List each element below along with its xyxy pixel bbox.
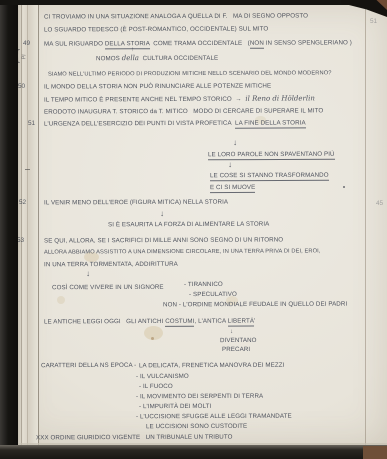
note-line-20: - SPECULATIVO xyxy=(189,291,237,298)
note-text: LE ANTICHE LEGGI OGGI GLI ANTICHI xyxy=(44,318,165,326)
note-line-06: IL MONDO DELLA STORIA NON PUÒ RINUNCIARE… xyxy=(44,83,271,91)
note-line-07: IL TEMPO MITICO È PRESENTE ANCHE NEL TEM… xyxy=(44,95,315,103)
edge-mark: 45 xyxy=(376,200,383,207)
note-line-21: NON - L'ORDINE MONDIALE FEUDALE IN QUELL… xyxy=(163,301,347,309)
note-text: IN SENSO SPENGLERIANO ) xyxy=(264,39,352,46)
ink-dot xyxy=(343,186,345,188)
margin-number-51: 51 xyxy=(28,120,35,127)
margin-tick xyxy=(25,169,30,170)
note-line-13: IL VENIR MENO DELL'EROE (FIGURA MITICA) … xyxy=(44,199,228,207)
note-line-29: - IL MOVIMENTO DEI SERPENTI DI TERRA xyxy=(136,393,263,401)
note-line-04: NOMOS della CULTURA OCCIDENTALE xyxy=(96,55,218,63)
arrow-down-icon: ↓ xyxy=(228,161,232,169)
note-line-22: LE ANTICHE LEGGI OGGI GLI ANTICHI COSTUM… xyxy=(44,318,255,326)
note-text: L'URGENZA DELL'ESERCIZIO DEI PUNTI DI VI… xyxy=(44,120,235,128)
right-margin-rule xyxy=(365,5,366,445)
notebook-photo: { Pl 51 45 49 50 51 52 53 CI TROVIAMO IN… xyxy=(0,0,387,459)
note-line-17: IN UNA TERRA TORMENTATA, ADDIRITTURA xyxy=(44,261,178,269)
photo-edge-bottom xyxy=(0,445,387,459)
note-line-18: COSÌ COME VIVERE IN UN SIGNORE xyxy=(52,284,164,291)
note-text-cursive: della xyxy=(122,54,139,62)
note-line-33: XXX ORDINE GIURIDICO VIGENTE UN TRIBUNAL… xyxy=(36,434,233,442)
photo-edge-left xyxy=(0,0,18,459)
note-line-15: SE QUI, ALLORA, SE I SACRIFICI DI MILLE … xyxy=(44,236,283,244)
margin-number-52: 52 xyxy=(19,199,26,206)
arrow-down-icon: ↓ xyxy=(160,210,164,218)
note-line-30: - L'IMPURITÀ DEI MOLTI xyxy=(139,403,211,410)
note-text-cursive: il Reno di Hölderlin xyxy=(245,94,315,102)
note-line-26: LA DELICATA, FRENETICA MANOVRA DEI MEZZI xyxy=(139,362,284,370)
note-line-23: DIVENTANO xyxy=(220,337,257,344)
note-line-11: LE COSE SI STANNO TRASFORMANDO xyxy=(210,172,329,181)
note-line-24: PRECARI xyxy=(222,346,250,353)
binding-crease-line xyxy=(27,5,28,445)
note-line-25: CARATTERI DELLA NS EPOCA - xyxy=(41,362,136,369)
margin-number-53: 53 xyxy=(17,237,24,244)
note-line-01: CI TROVIAMO IN UNA SITUAZIONE ANALOGA A … xyxy=(44,12,308,20)
note-line-27: - IL VULCANISMO xyxy=(136,373,189,380)
note-line-12: E CI SI MUOVE xyxy=(210,184,255,193)
note-text: ' xyxy=(254,318,255,325)
note-line-05: SIAMO NELL'ULTIMO PERIODO DI PRODUZIONI … xyxy=(48,70,332,78)
margin-bracket-label: Pl xyxy=(21,54,27,59)
arrow-down-icon: ↓ xyxy=(230,329,233,335)
underlined-text: DELLA STORIA xyxy=(105,40,150,49)
arrow-up-icon: ↑ xyxy=(131,47,134,53)
margin-number-50: 50 xyxy=(18,83,25,90)
edge-page-number: 51 xyxy=(370,18,377,25)
note-line-09: L'URGENZA DELL'ESERCIZIO DEI PUNTI DI VI… xyxy=(44,119,306,127)
underlined-text: LA FINE DELLA STORIA xyxy=(235,119,306,128)
note-line-16: ALLORA ABBIAMO ASSISTITO A UNA DIMENSION… xyxy=(44,248,321,256)
note-line-02: LO SGUARDO TEDESCO (È POST-ROMANTICO, OC… xyxy=(44,26,268,34)
photo-edge-top xyxy=(0,0,387,5)
note-text: CULTURA OCCIDENTALE xyxy=(139,55,218,62)
underlined-text: COSTUMI xyxy=(165,318,194,327)
note-line-10: LE LORO PAROLE NON SPAVENTANO PIÙ xyxy=(208,151,335,160)
left-margin-rule xyxy=(38,5,39,445)
arrow-down-icon: ↓ xyxy=(233,139,237,147)
note-line-08: ERODOTO INAUGURA T. STORICO da T. MITICO… xyxy=(44,107,323,115)
note-line-31: - L'UCCISIONE SFUGGE ALLE LEGGI TRAMANDA… xyxy=(136,413,292,421)
underlined-text: NON xyxy=(250,40,264,49)
note-text: , L'ANTICA xyxy=(194,318,227,325)
note-line-32: LE UCCISIONI SONO CUSTODITE xyxy=(146,423,247,430)
binding-crease-line xyxy=(21,5,22,445)
note-text: NOMOS xyxy=(96,55,122,62)
desk-corner-bottom-right xyxy=(363,446,387,459)
arrow-down-icon: ↓ xyxy=(86,270,90,278)
note-line-19: - TIRANNICO xyxy=(184,281,223,288)
margin-number-49: 49 xyxy=(23,40,30,47)
note-line-28: - IL FUOCO xyxy=(139,383,173,390)
note-text: IL TEMPO MITICO È PRESENTE ANCHE NEL TEM… xyxy=(44,96,245,104)
underlined-text: LIBERTÀ xyxy=(228,318,254,327)
note-line-14: SI È ESAURITA LA FORZA DI ALIMENTARE LA … xyxy=(108,221,269,229)
note-text: COME TRAMA OCCIDENTALE ( xyxy=(150,40,250,47)
note-text: MA SUL RIGUARDO xyxy=(44,40,105,47)
note-line-03: MA SUL RIGUARDO DELLA STORIA COME TRAMA … xyxy=(44,39,352,47)
